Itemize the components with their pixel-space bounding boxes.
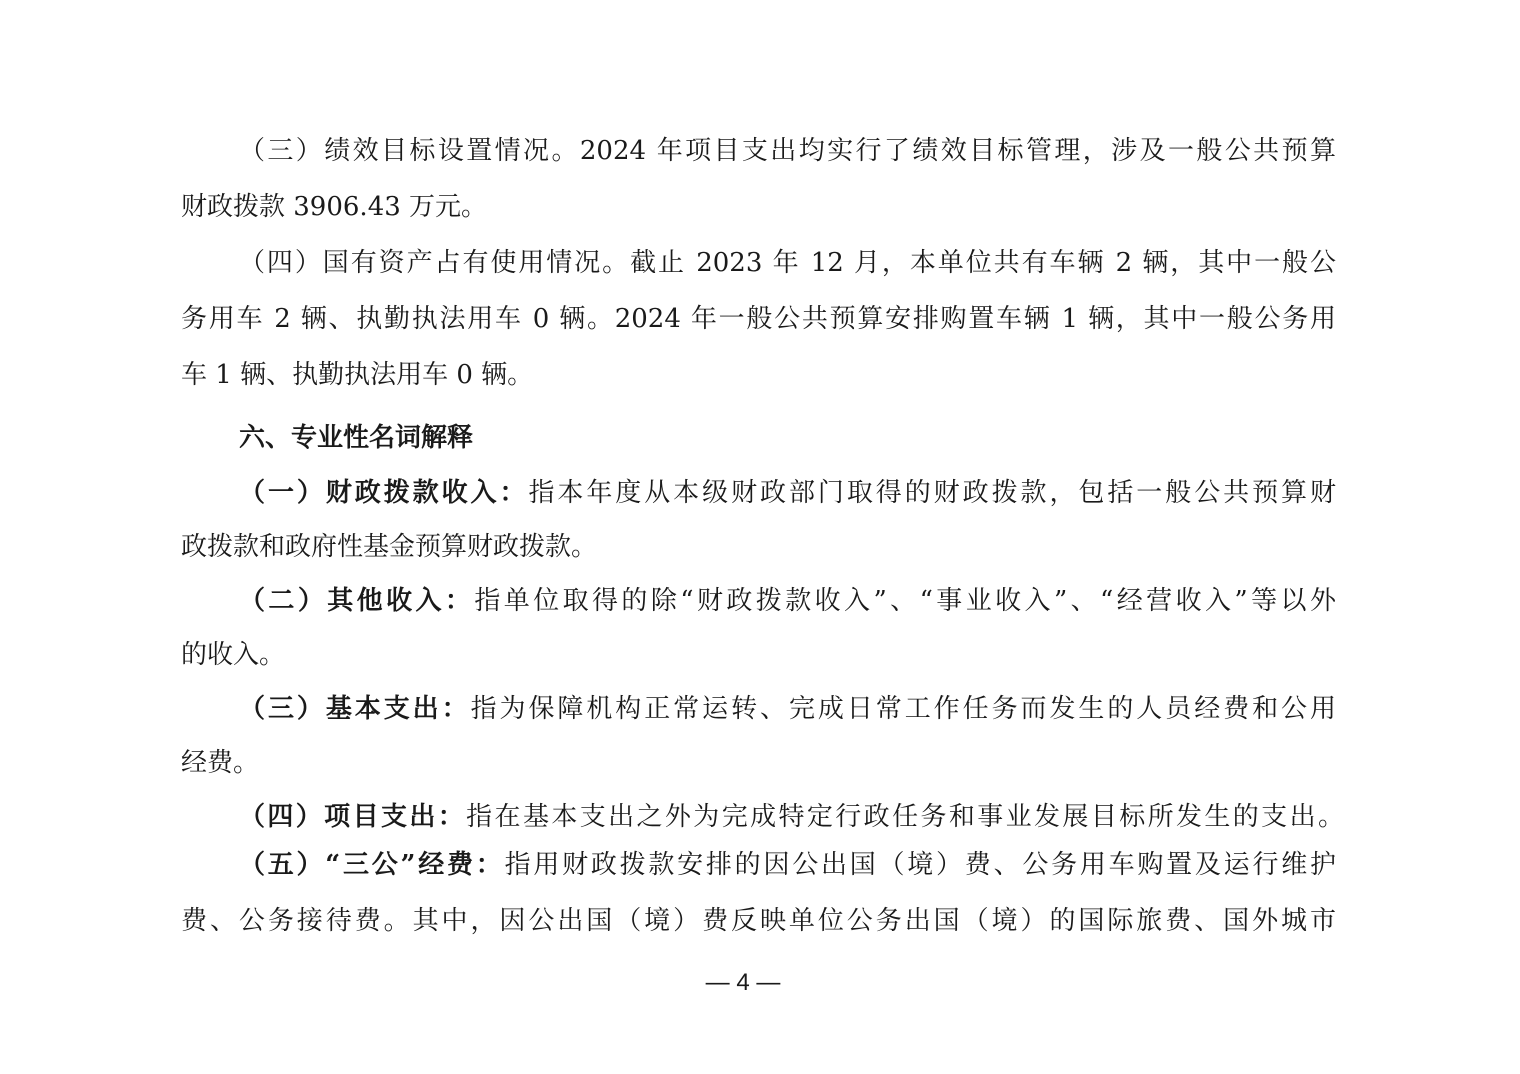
term-label: （一）财政拨款收入： — [239, 478, 528, 508]
term-label: （四）项目支出： — [239, 802, 466, 832]
term-basic-expenditure-line-1: （三）基本支出：指为保障机构正常运转、完成日常工作任务而发生的人员经费和公用 — [239, 692, 1336, 726]
term-three-public-expenses-line-2: 费、公务接待费。其中，因公出国（境）费反映单位公务出国（境）的国际旅费、国外城市 — [181, 904, 1336, 938]
state-assets-label: （四）国有资产占有使用情况。 — [239, 248, 630, 278]
page-number: — 4 — — [0, 967, 1486, 999]
term-definition: 指单位取得的除“财政拨款收入”、“事业收入”、“经营收入”等以外 — [474, 586, 1336, 616]
term-basic-expenditure-line-2: 经费。 — [181, 746, 1336, 780]
state-assets-text: 截止 2023 年 12 月，本单位共有车辆 2 辆，其中一般公 — [630, 248, 1336, 278]
term-fiscal-appropriation-line-1: （一）财政拨款收入：指本年度从本级财政部门取得的财政拨款，包括一般公共预算财 — [239, 476, 1336, 510]
term-label: （五）“三公”经费： — [239, 850, 505, 880]
performance-target-paragraph-line-2: 财政拨款 3906.43 万元。 — [181, 190, 1336, 224]
section-heading-terminology: 六、专业性名词解释 — [239, 421, 473, 455]
term-fiscal-appropriation-line-2: 政拨款和政府性基金预算财政拨款。 — [181, 530, 1336, 564]
term-project-expenditure-line-1: （四）项目支出：指在基本支出之外为完成特定行政任务和事业发展目标所发生的支出。 — [239, 800, 1344, 834]
term-label: （三）基本支出： — [239, 694, 471, 724]
term-definition: 指为保障机构正常运转、完成日常工作任务而发生的人员经费和公用 — [471, 694, 1336, 724]
document-page: （三）绩效目标设置情况。2024 年项目支出均实行了绩效目标管理，涉及一般公共预… — [0, 0, 1520, 1074]
term-definition: 指本年度从本级财政部门取得的财政拨款，包括一般公共预算财 — [528, 478, 1336, 508]
term-other-income-line-2: 的收入。 — [181, 638, 1336, 672]
performance-target-text: 2024 年项目支出均实行了绩效目标管理，涉及一般公共预算 — [580, 136, 1336, 166]
state-assets-paragraph-line-2: 务用车 2 辆、执勤执法用车 0 辆。2024 年一般公共预算安排购置车辆 1 … — [181, 302, 1336, 336]
term-other-income-line-1: （二）其他收入：指单位取得的除“财政拨款收入”、“事业收入”、“经营收入”等以外 — [239, 584, 1336, 618]
performance-target-paragraph-line-1: （三）绩效目标设置情况。2024 年项目支出均实行了绩效目标管理，涉及一般公共预… — [239, 134, 1336, 168]
performance-target-label: （三）绩效目标设置情况。 — [239, 136, 580, 166]
state-assets-paragraph-line-1: （四）国有资产占有使用情况。截止 2023 年 12 月，本单位共有车辆 2 辆… — [239, 246, 1336, 280]
term-definition: 指在基本支出之外为完成特定行政任务和事业发展目标所发生的支出。 — [466, 802, 1344, 832]
term-definition: 指用财政拨款安排的因公出国（境）费、公务用车购置及运行维护 — [505, 850, 1336, 880]
state-assets-paragraph-line-3: 车 1 辆、执勤执法用车 0 辆。 — [181, 358, 1336, 392]
term-three-public-expenses-line-1: （五）“三公”经费：指用财政拨款安排的因公出国（境）费、公务用车购置及运行维护 — [239, 848, 1336, 882]
term-label: （二）其他收入： — [239, 586, 474, 616]
